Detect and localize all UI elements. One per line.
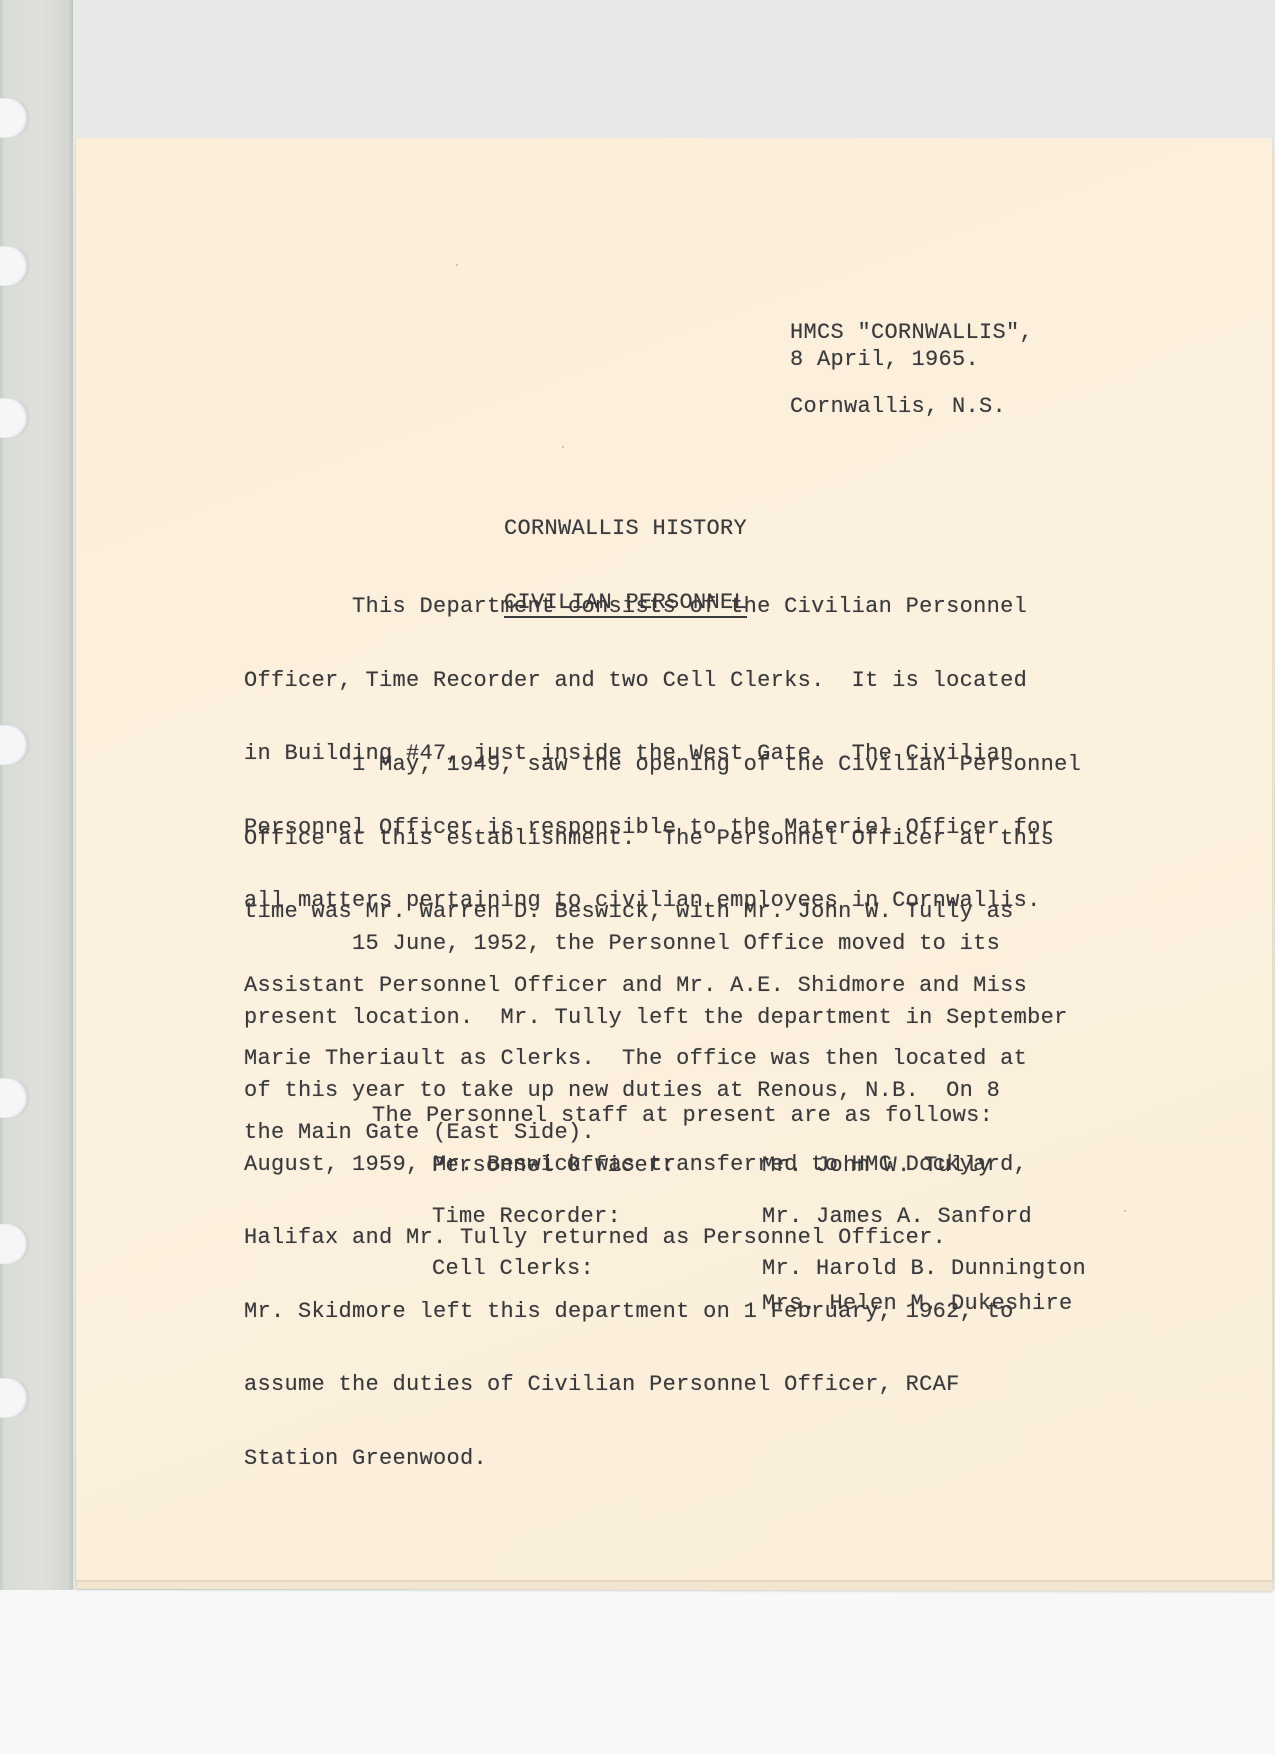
binder-hole bbox=[0, 1224, 28, 1264]
staff-role: Cell Clerks: bbox=[432, 1257, 594, 1282]
staff-name: Mr. Harold B. Dunnington bbox=[762, 1257, 1086, 1282]
address-line-2: Cornwallis, N.S. bbox=[790, 395, 1033, 420]
text-line: Station Greenwood. bbox=[244, 1447, 1068, 1472]
text-line: assume the duties of Civilian Personnel … bbox=[244, 1373, 1068, 1398]
text-line: of this year to take up new duties at Re… bbox=[244, 1079, 1068, 1104]
binder-hole bbox=[0, 246, 28, 286]
text-line: Halifax and Mr. Tully returned as Person… bbox=[244, 1226, 1068, 1251]
text-line: 1 May, 1949, saw the opening of the Civi… bbox=[244, 753, 1081, 778]
text-line: 15 June, 1952, the Personnel Office move… bbox=[244, 932, 1068, 957]
text-line: Officer, Time Recorder and two Cell Cler… bbox=[244, 669, 1054, 694]
paper-speck bbox=[562, 446, 564, 448]
binder-strip bbox=[0, 0, 73, 1590]
binder-hole bbox=[0, 98, 28, 138]
paper-speck bbox=[456, 264, 458, 266]
paper-speck bbox=[1124, 1210, 1126, 1212]
staff-name: Mr. John W. Tully bbox=[762, 1154, 992, 1179]
binder-hole bbox=[0, 1078, 28, 1118]
title-line-1: CORNWALLIS HISTORY bbox=[504, 517, 747, 542]
paragraph-3: 15 June, 1952, the Personnel Office move… bbox=[244, 883, 1068, 1520]
text-line: present location. Mr. Tully left the dep… bbox=[244, 1006, 1068, 1031]
binder-hole bbox=[0, 1378, 28, 1418]
staff-role: Personnel Officer: bbox=[432, 1154, 675, 1179]
staff-intro: The Personnel staff at present are as fo… bbox=[372, 1104, 993, 1129]
staff-role: Time Recorder: bbox=[432, 1205, 621, 1230]
staff-name: Mr. James A. Sanford bbox=[762, 1205, 1032, 1230]
address-line-1: HMCS "CORNWALLIS", bbox=[790, 321, 1033, 346]
text-line: This Department consists of the Civilian… bbox=[244, 595, 1054, 620]
binder-hole bbox=[0, 725, 28, 765]
staff-name: Mrs. Helen M. Dukeshire bbox=[762, 1292, 1073, 1317]
binder-hole bbox=[0, 398, 28, 438]
text-line: Office at this establishment. The Person… bbox=[244, 827, 1081, 852]
document-date: 8 April, 1965. bbox=[790, 348, 979, 373]
document-page: HMCS "CORNWALLIS", Cornwallis, N.S. 8 Ap… bbox=[76, 138, 1272, 1580]
